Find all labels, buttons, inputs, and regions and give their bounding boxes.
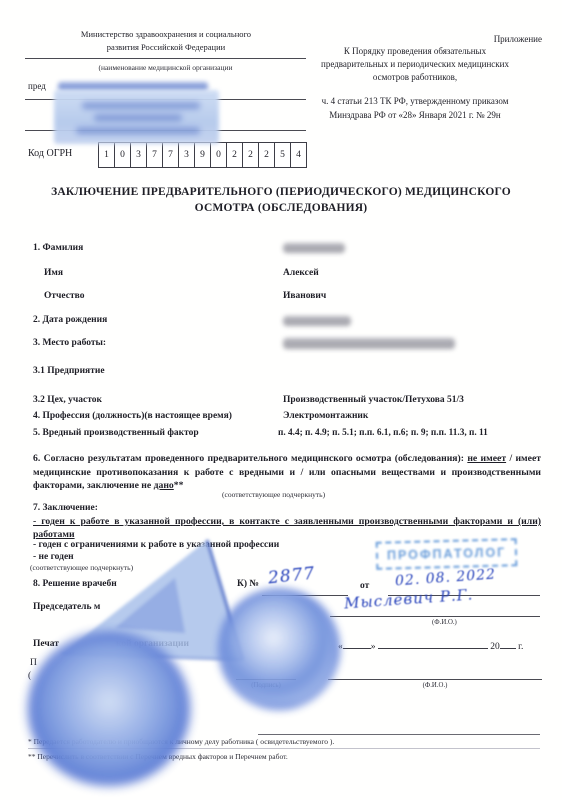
ogrn-digit: 7 xyxy=(162,142,179,168)
ogrn-code-table: 1 0 3 7 7 3 9 0 2 2 2 5 4 xyxy=(99,142,307,168)
ogrn-digit: 2 xyxy=(242,142,259,168)
month-blank xyxy=(378,638,488,649)
handwritten-decision-date: 02. 08. 2022 xyxy=(395,566,497,589)
fio-line xyxy=(328,679,542,680)
redaction-seal-circle-bottom-left xyxy=(28,632,190,786)
ogrn-digit: 0 xyxy=(210,142,227,168)
header-rule-1 xyxy=(25,58,306,59)
ogrn-digit: 5 xyxy=(274,142,291,168)
ogrn-digit: 9 xyxy=(194,142,211,168)
field-label-enterprise: 3.1 Предприятие xyxy=(33,366,105,376)
ogrn-digit: 3 xyxy=(130,142,147,168)
ministry-name-line2: развития Российской Федерации xyxy=(30,42,302,52)
redacted-workplace-value xyxy=(283,338,455,349)
footnote-separator xyxy=(258,734,540,735)
ogrn-digit: 0 xyxy=(114,142,131,168)
fio-caption: (Ф.И.О.) xyxy=(400,682,470,689)
covered-line-fragment: ( xyxy=(28,671,31,681)
chairman-fio-caption: (Ф.И.О.) xyxy=(432,619,457,626)
document-title-line1: ЗАКЛЮЧЕНИЕ ПРЕДВАРИТЕЛЬНОГО (ПЕРИОДИЧЕСК… xyxy=(0,186,562,198)
field-label-surname: 1. Фамилия xyxy=(33,243,83,253)
ogrn-digit: 7 xyxy=(146,142,163,168)
day-blank xyxy=(343,638,371,649)
decision-ot-label: от xyxy=(360,581,369,591)
field-value-name: Алексей xyxy=(283,268,319,278)
section6-underlined-not-has: не имеет xyxy=(467,453,506,464)
field-label-birthdate: 2. Дата рождения xyxy=(33,315,107,325)
ogrn-digit: 2 xyxy=(226,142,243,168)
appendix-line-1: Приложение xyxy=(288,33,542,47)
field-label-patronymic: Отчество xyxy=(44,291,84,301)
section6-text: 6. Согласно результатам проведенного пре… xyxy=(33,453,464,464)
ogrn-digit: 2 xyxy=(258,142,275,168)
appendix-line-6: Минздрава РФ от «28» Января 2021 г. № 29… xyxy=(288,110,542,120)
field-label-hazard: 5. Вредный производственный фактор xyxy=(33,428,199,438)
field-value-patronymic: Иванович xyxy=(283,291,326,301)
redaction-seal-circle-middle xyxy=(218,588,340,710)
ogrn-digit: 4 xyxy=(290,142,307,168)
section6-underline-note: (соответствующее подчеркнуть) xyxy=(222,490,325,499)
year-suffix: г. xyxy=(518,642,523,652)
year-prefix: 20 xyxy=(490,642,500,652)
field-value-workshop: Производственный участок/Петухова 51/3 xyxy=(283,395,464,405)
ogrn-digit: 3 xyxy=(178,142,195,168)
org-name-caption: (наименование медицинской организации xyxy=(25,63,306,72)
year-blank xyxy=(500,638,516,649)
redacted-line xyxy=(76,127,200,134)
date-blank-row: «» 20 г. xyxy=(338,638,523,652)
redacted-line xyxy=(94,114,182,121)
field-label-workshop: 3.2 Цех, участок xyxy=(33,395,102,405)
quote-close: » xyxy=(371,642,376,652)
field-label-name: Имя xyxy=(44,268,63,278)
ogrn-digit: 1 xyxy=(98,142,115,168)
section6-underlined-given: дано xyxy=(154,480,174,491)
field-value-hazard: п. 4.4; п. 4.9; п. 5.1; п.п. 6.1, п.6; п… xyxy=(278,428,488,438)
appendix-line-3: предварительных и периодических медицинс… xyxy=(288,59,542,69)
field-label-profession: 4. Профессия (должность)(в настоящее вре… xyxy=(33,411,232,421)
section6-paragraph: 6. Согласно результатам проведенного пре… xyxy=(33,452,541,493)
redaction-box-organization xyxy=(54,90,219,144)
org-text-fragment: пред xyxy=(28,81,46,91)
medical-conclusion-document: Министерство здравоохранения и социально… xyxy=(0,0,562,800)
ministry-name-line1: Министерство здравоохранения и социально… xyxy=(30,29,302,39)
appendix-line-2: К Порядку проведения обязательных xyxy=(288,46,542,56)
redacted-birthdate-value xyxy=(283,316,351,326)
field-label-workplace: 3. Место работы: xyxy=(33,338,106,348)
handwritten-decision-number: 2877 xyxy=(267,564,316,589)
chairman-signature-line xyxy=(330,616,540,617)
redacted-surname-value xyxy=(283,243,345,253)
appendix-line-4: осмотров работников, xyxy=(288,72,542,82)
section7-heading: 7. Заключение: xyxy=(33,503,98,513)
section6-asterisks: ** xyxy=(174,480,184,491)
redacted-line xyxy=(82,102,200,109)
appendix-line-5: ч. 4 статьи 213 ТК РФ, утвержденному при… xyxy=(288,96,542,106)
profpatolog-stamp: ПРОФПАТОЛОГ xyxy=(376,538,518,570)
field-value-profession: Электромонтажник xyxy=(283,411,368,421)
ogrn-label: Код ОГРН xyxy=(28,148,72,159)
covered-line-fragment: П xyxy=(30,658,37,668)
document-title-line2: ОСМОТРА (ОБСЛЕДОВАНИЯ) xyxy=(0,202,562,214)
